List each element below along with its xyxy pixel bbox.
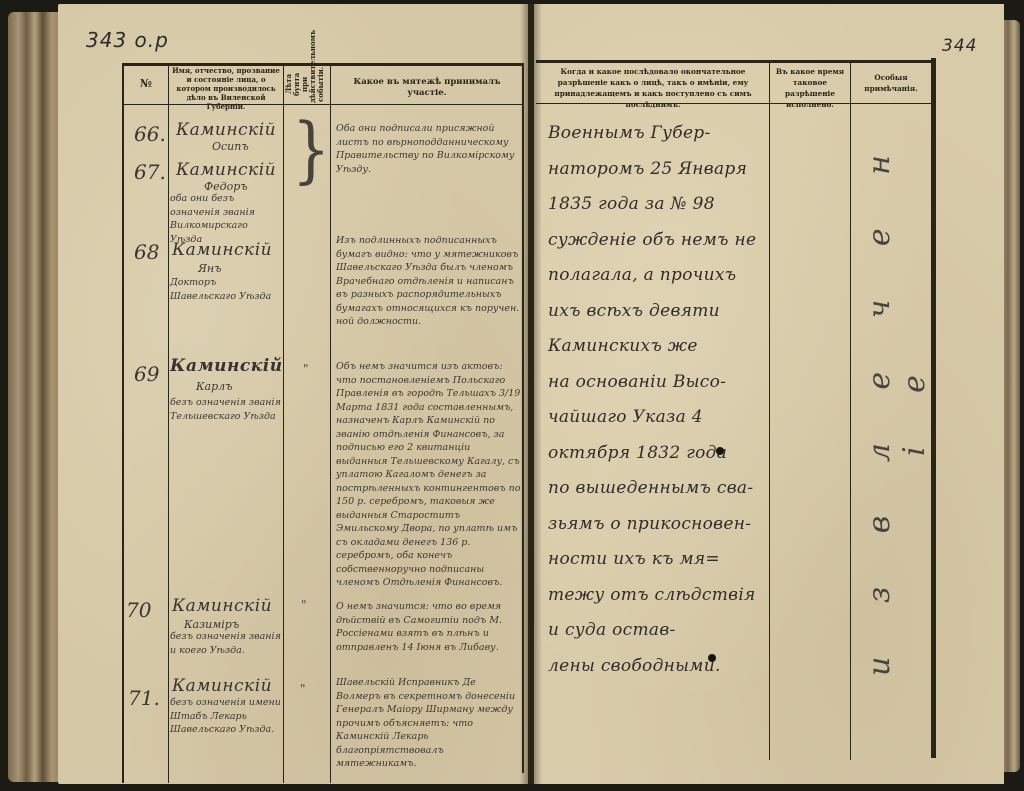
- entry-participation: Объ немъ значится изъ актовъ: что постан…: [336, 360, 522, 590]
- header-age: Лѣта бунта при дѣйствительномъ событіи.: [285, 65, 329, 103]
- decision-line: наторомъ 25 Января: [548, 152, 768, 188]
- entry-description: безъ означенія имени Штабъ Лекарь Шавель…: [170, 696, 282, 737]
- decision-line: и суда остав-: [548, 613, 768, 649]
- entry-given-name: Карлъ: [196, 380, 232, 394]
- decision-line: октября 1832 года: [548, 436, 768, 472]
- entry-number: 66.: [134, 122, 166, 146]
- decision-line: Военнымъ Губер-: [548, 116, 768, 152]
- paper-hole: [708, 654, 716, 662]
- entry-participation: О немъ значится: что во время дѣйствій в…: [336, 600, 522, 654]
- decision-line: лены свободными.: [548, 649, 768, 685]
- entry-surname: Каминскій: [170, 356, 283, 376]
- entry-number: 68: [134, 240, 159, 264]
- entry-given-name: Янъ: [198, 262, 221, 276]
- entry-participation: Оба они подписали присяжной листъ по вѣр…: [336, 122, 522, 176]
- entry-surname: Каминскій: [172, 240, 272, 260]
- decision-line: по вышеденнымъ сва-: [548, 471, 768, 507]
- entry-number: 67.: [134, 160, 166, 184]
- header-name: Имя, отчество, прозвание и состояніе лиц…: [170, 66, 282, 111]
- ditto-mark: ": [300, 682, 306, 696]
- entry-description: Докторъ Шавельскаго Уѣзда: [170, 276, 282, 303]
- remarks-vertical-note: и з в л е ч е н і е: [862, 120, 922, 690]
- entry-description: безъ означенія званія и коего Уѣзда.: [170, 630, 282, 657]
- entry-number: 71.: [128, 686, 160, 710]
- decision-line: Каминскихъ же: [548, 329, 768, 365]
- header-participation: Какое въ мятежѣ принималъ участіе.: [334, 77, 520, 99]
- header-number: №: [126, 78, 166, 89]
- folio-number-right: 344: [942, 36, 977, 56]
- col-rule-participation-end: [522, 63, 524, 773]
- decision-line: ихъ всѣхъ девяти: [548, 294, 768, 330]
- col-rule-decision-end: [769, 60, 770, 760]
- entry-description: оба они безъ означенія званія Вилкомирск…: [170, 192, 282, 246]
- entry-number: 70: [126, 598, 151, 622]
- entry-surname: Каминскій: [176, 160, 276, 180]
- ditto-mark: ": [301, 598, 307, 612]
- decision-line: сужденіе объ немъ не: [548, 223, 768, 259]
- entry-participation: Шавельскій Исправникъ Де Волмеръ въ секр…: [336, 676, 522, 771]
- entry-number: 69: [134, 362, 159, 386]
- header-decision: Когда и какое послѣдовало окончательное …: [538, 66, 768, 110]
- entry-given-name: Осипъ: [212, 140, 249, 154]
- decision-line: тежу отъ слѣдствія: [548, 578, 768, 614]
- col-rule-name: [283, 63, 284, 783]
- entry-surname: Каминскій: [172, 676, 272, 696]
- entry-surname: Каминскій: [176, 120, 276, 140]
- decision-line: зьямъ о прикосновен-: [548, 507, 768, 543]
- decision-line: ности ихъ къ мя=: [548, 542, 768, 578]
- table-top-rule-right: [536, 60, 936, 63]
- open-ledger-book: 343 о.р 344 № Имя, отчество, прозвание и…: [0, 0, 1024, 791]
- entry-description: безъ означенія званія Тельшевскаго Уѣзда: [170, 396, 282, 423]
- decision-line: чайшаго Указа 4: [548, 400, 768, 436]
- entry-participation: Изъ подлинныхъ подписанныхъ бумагъ видно…: [336, 234, 522, 329]
- brace-mark: }: [292, 114, 330, 186]
- header-remarks: Особыя примѣчанія.: [852, 72, 930, 94]
- decision-line: на основаніи Высо-: [548, 365, 768, 401]
- entry-surname: Каминскій: [172, 596, 272, 616]
- col-rule-executed-end: [850, 60, 851, 760]
- ditto-mark: ": [303, 362, 309, 376]
- decision-line: 1835 года за № 98: [548, 187, 768, 223]
- decision-text: Военнымъ Губер- наторомъ 25 Января 1835 …: [548, 116, 768, 684]
- col-rule-outer-left: [122, 63, 124, 783]
- paper-hole: [716, 447, 724, 455]
- folio-number-left: 343 о.р: [86, 28, 169, 52]
- decision-line: полагала, а прочихъ: [548, 258, 768, 294]
- header-executed: Въ какое время таковое разрѣшеніе исполн…: [771, 66, 849, 110]
- col-rule-num: [168, 63, 169, 783]
